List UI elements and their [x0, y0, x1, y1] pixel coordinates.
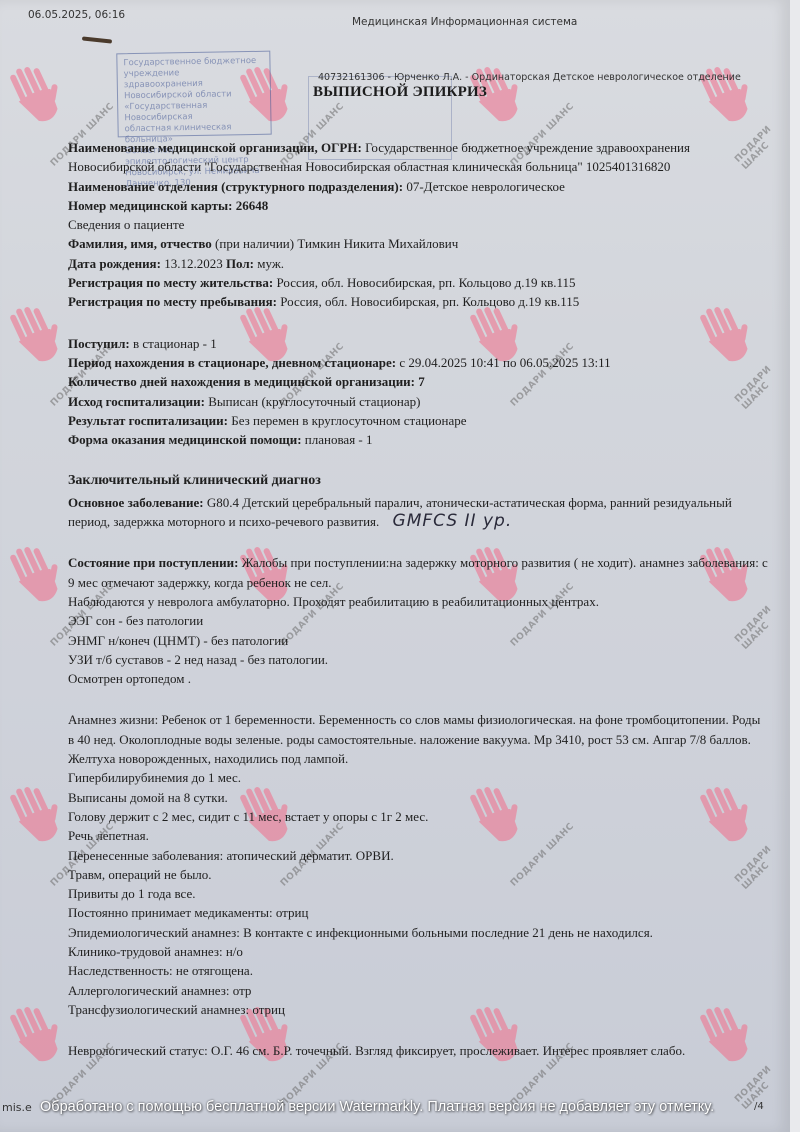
- page-edge: [790, 0, 800, 1132]
- period-field: Период нахождения в стационаре, дневном …: [68, 353, 768, 372]
- diagnosis-heading: Заключительный клинический диагноз: [68, 471, 768, 490]
- patient-name-field: Фамилия, имя, отчество (при наличии) Тим…: [68, 234, 768, 253]
- dept-field: Наименование отделения (структурного под…: [68, 177, 768, 196]
- anamnesis-line: Привиты до 1 года все.: [68, 884, 768, 903]
- admission-line: ЭЭГ сон - без патологии: [68, 611, 768, 630]
- admission-line: Наблюдаются у невролога амбулаторно. Про…: [68, 592, 768, 611]
- spacer: [68, 312, 768, 334]
- spacer: [68, 449, 768, 471]
- spacer: [68, 688, 768, 710]
- anamnesis-line: Травм, операций не было.: [68, 865, 768, 884]
- patient-section-label: Сведения о пациенте: [68, 215, 768, 234]
- life-anamnesis: Анамнез жизни: Ребенок от 1 беременности…: [68, 710, 768, 768]
- print-datetime: 06.05.2025, 06:16: [28, 9, 125, 21]
- card-field: Номер медицинской карты: 26648: [68, 196, 768, 215]
- anamnesis-line: Речь лепетная.: [68, 826, 768, 845]
- admitted-field: Поступил: в стационар - 1: [68, 334, 768, 353]
- admission-state: Состояние при поступлении: Жалобы при по…: [68, 553, 768, 592]
- result-field: Результат госпитализации: Без перемен в …: [68, 411, 768, 430]
- care-form-field: Форма оказания медицинской помощи: плано…: [68, 430, 768, 449]
- anamnesis-line: Перенесенные заболевания: атопический де…: [68, 846, 768, 865]
- admission-line: Осмотрен ортопедом .: [68, 669, 768, 688]
- handwritten-note: GMFCS II ур.: [393, 511, 513, 531]
- outcome-field: Исход госпитализации: Выписан (круглосут…: [68, 392, 768, 411]
- document-body: Наименование медицинской организации, ОГ…: [68, 138, 768, 1060]
- admission-line: УЗИ т/б суставов - 2 нед назад - без пат…: [68, 650, 768, 669]
- days-field: Количество дней нахождения в медицинской…: [68, 372, 768, 391]
- admission-line: ЭНМГ н/конеч (ЦНМТ) - без патологии: [68, 631, 768, 650]
- org-field: Наименование медицинской организации, ОГ…: [68, 138, 768, 177]
- system-name: Медицинская Информационная система: [352, 16, 577, 28]
- residence-field: Регистрация по месту жительства: Россия,…: [68, 273, 768, 292]
- footer-url: mis.e: [2, 1101, 32, 1114]
- document-title: ВЫПИСНОЙ ЭПИКРИЗ: [0, 84, 800, 101]
- page-number: /4: [754, 1101, 764, 1112]
- anamnesis-line: Наследственность: не отягощена.: [68, 961, 768, 980]
- stay-field: Регистрация по месту пребывания: Россия,…: [68, 292, 768, 311]
- dob-field: Дата рождения: 13.12.2023 Пол: муж.: [68, 254, 768, 273]
- anamnesis-line: Аллергологический анамнез: отр: [68, 981, 768, 1000]
- neuro-status: Неврологический статус: О.Г. 46 см. Б.Р.…: [68, 1041, 768, 1060]
- doctor-line: 40732161306 - Юрченко Л.А. - Ординаторск…: [318, 72, 741, 83]
- anamnesis-line: Эпидемиологический анамнез: В контакте с…: [68, 923, 768, 942]
- watermark-banner: Обработано с помощью бесплатной версии W…: [40, 1099, 714, 1115]
- anamnesis-line: Выписаны домой на 8 сутки.: [68, 788, 768, 807]
- spacer: [68, 1019, 768, 1041]
- anamnesis-line: Гипербилирубинемия до 1 мес.: [68, 768, 768, 787]
- anamnesis-line: Постоянно принимает медикаменты: отриц: [68, 903, 768, 922]
- anamnesis-line: Трансфузиологический анамнез: отриц: [68, 1000, 768, 1019]
- spacer: [68, 531, 768, 553]
- anamnesis-line: Клинико-трудовой анамнез: н/о: [68, 942, 768, 961]
- anamnesis-line: Голову держит с 2 мес, сидит с 11 мес, в…: [68, 807, 768, 826]
- main-diagnosis: Основное заболевание: G80.4 Детский цере…: [68, 493, 768, 532]
